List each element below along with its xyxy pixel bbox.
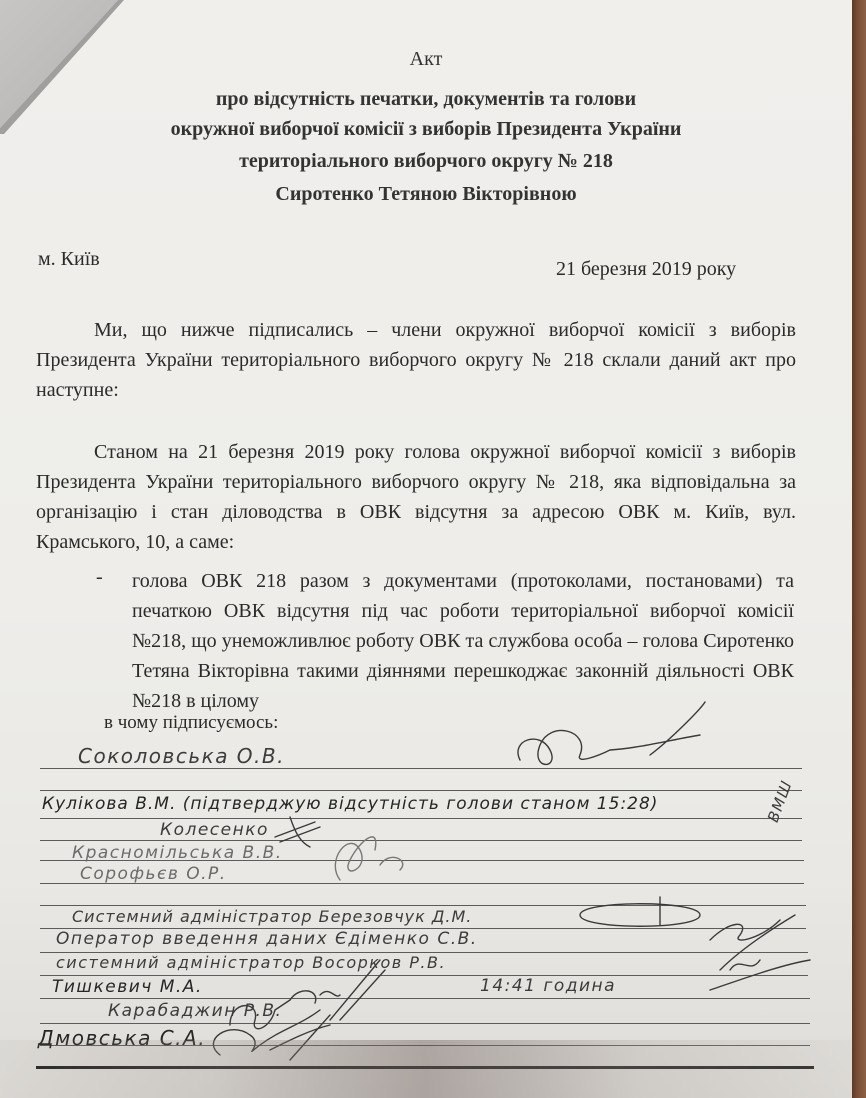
paragraph-intro: Ми, що нижче підписались – члени окружно… [36,315,796,405]
photo-shadow [0,1040,852,1098]
subtitle-line-4: Сиротенко Тетяною Вікторівною [0,183,852,206]
handwritten-entry: Соколовська О.В. [78,744,285,768]
bullet-text: голова ОВК 218 разом з документами (прот… [132,566,794,716]
bullet-marker: - [96,566,103,589]
signature-line [40,1023,810,1024]
subtitle-line-3: територіального виборчого округу № 218 [0,150,852,173]
handwritten-entry: Красномільська В.В. [72,843,283,863]
document-city: м. Київ [38,248,100,271]
handwritten-entry: Колесенко [160,820,269,840]
handwritten-entry: 14:41 година [480,976,616,996]
handwritten-entry: Тишкевич М.А. [52,977,203,997]
handwritten-entry: Оператор введення даних Єдіменко С.В. [56,929,478,949]
signature-line [40,998,810,999]
signature-mark [500,700,720,780]
table-surface [852,0,866,1098]
signature-mark [560,895,720,935]
handwritten-entry: Кулікова В.М. (підтверджую відсутність г… [42,794,658,814]
signature-line [40,975,808,976]
handwritten-entry: Сорофьєв О.Р. [80,864,227,884]
document-title: Акт [0,48,852,71]
document-date: 21 березня 2019 року [556,258,736,281]
paragraph-status: Станом на 21 березня 2019 року голова ок… [36,437,796,557]
signature-mark [320,820,440,890]
subtitle-line-2: окружної виборчої комісії з виборів През… [0,118,852,141]
signature-line [40,790,802,791]
subtitle-line-1: про відсутність печатки, документів та г… [0,88,852,111]
signature-label: в чому підписуємось: [104,712,278,734]
signature-line [40,818,802,819]
signature-mark [700,910,820,1000]
handwritten-entry: Системний адміністратор Березовчук Д.М. [72,907,472,926]
